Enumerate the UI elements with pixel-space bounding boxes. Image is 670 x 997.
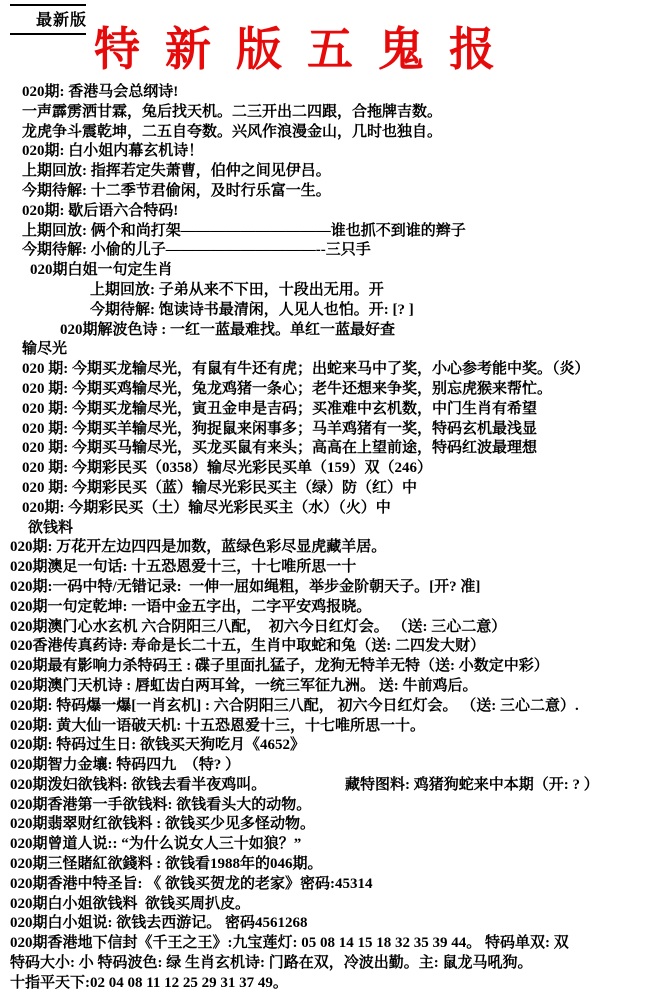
text-line: 020期:一码中特/无错记录: 一伸一屈如绳粗，举步金阶朝天子。[开? 准] [0, 578, 670, 598]
line-text: 一声霹雳洒甘霖，兔后找天机。二三开出二四跟，合拖牌吉数。 [22, 104, 442, 120]
text-line: 020期澳足一句话: 十五恐恩爱十三，十七唯所思一十 [0, 558, 670, 578]
text-line: 020期白姐一句定生肖 [0, 261, 670, 281]
text-line: 龙虎争斗震乾坤，二五自夸数。兴风作浪漫金山，几时也独自。 [0, 123, 670, 143]
line-text: 020期: 特码过生日: 欲钱买天狗吃月《4652》 [10, 737, 305, 753]
text-line: 020 期: 今期彩民买（0358）输尽光彩民买单（159）双（246） [0, 459, 670, 479]
edition-rule-bottom [10, 33, 86, 35]
text-line: 上期回放: 俩个和尚打架——————————谁也抓不到谁的辫子 [0, 222, 670, 242]
text-line: 一声霹雳洒甘霖，兔后找天机。二三开出二四跟，合拖牌吉数。 [0, 103, 670, 123]
line-text: 020期: 歇后语六合特码! [22, 203, 178, 219]
text-line: 020期智力金壤: 特码四九 （特? ） [0, 756, 670, 776]
text-line: 欲钱料 [0, 519, 670, 539]
line-text: 020期香港第一手欲钱料: 欲钱看头大的动物。 [10, 797, 311, 813]
line-text: 020期白小姐欲钱料 欲钱买周扒皮。 [10, 896, 250, 912]
line-text: 020期一句定乾坤: 一语中金五字出，二字平安鸡报晓。 [10, 599, 371, 615]
text-line: 020期: 今期彩民买（土）输尽光彩民买主（水）（火）中 [0, 499, 670, 519]
line-text: 020期: 白小姐内幕玄机诗！ [22, 143, 203, 159]
text-line: 020期一句定乾坤: 一语中金五字出，二字平安鸡报晓。 [0, 598, 670, 618]
line-text: 输尽光 [22, 341, 67, 357]
text-line: 今期待解: 十二季节君偷闲，及时行乐富一生。 [0, 182, 670, 202]
line-text: 020期: 香港马会总纲诗! [22, 84, 178, 100]
line-text: 020期: 黄大仙一语破天机: 十五恐恩爱十三，十七唯所思一十。 [10, 718, 425, 734]
text-line: 020期: 白小姐内幕玄机诗！ [0, 142, 670, 162]
body-lines: 020期: 香港马会总纲诗!一声霹雳洒甘霖，兔后找天机。二三开出二四跟，合拖牌吉… [0, 83, 670, 994]
line-text: 十指平天下:02 04 08 11 12 25 29 31 37 49。 [10, 975, 288, 991]
line-text: 上期回放: 指挥若定失萧曹，伯仲之间见伊吕。 [22, 163, 331, 179]
text-line: 020期: 歇后语六合特码! [0, 202, 670, 222]
line-text: 020期澳足一句话: 十五恐恩爱十三，十七唯所思一十 [10, 559, 356, 575]
line-text: 020期白小姐说: 欲钱去西游记。 密码4561268 [10, 915, 308, 931]
text-line: 020 期: 今期买龙输尽光，有鼠有牛还有虎；出蛇来马中了奖，小心参考能中奖。（… [0, 360, 670, 380]
line-text: 今期待解: 十二季节君偷闲，及时行乐富一生。 [22, 183, 331, 199]
text-line: 020期白小姐说: 欲钱去西游记。 密码4561268 [0, 914, 670, 934]
text-line: 020期香港地下信封《千王之王》:九宝莲灯: 05 08 14 15 18 32… [0, 934, 670, 954]
line-text: 020期: 万花开左边四四是加数，蓝绿色彩尽显虎藏羊居。 [10, 539, 386, 555]
line-text: 020期澳门心水玄机 六合阴阳三八配， 初六今日红灯会。 （送: 三心二意） [10, 619, 506, 635]
text-line: 020期香港中特圣旨: 《 欲钱买贺龙的老家》密码:45314 [0, 875, 670, 895]
line-text: 020期三怪賭紅欲錢料 : 欲钱看1988年的046期。 [10, 856, 323, 872]
text-line: 020期最有影响力杀特码王 : 碟子里面扎猛子，龙狗无特羊无特（送: 小数定中彩… [0, 657, 670, 677]
text-line: 020期白小姐欲钱料 欲钱买周扒皮。 [0, 895, 670, 915]
text-line: 020期: 万花开左边四四是加数，蓝绿色彩尽显虎藏羊居。 [0, 538, 670, 558]
text-line: 特码大小: 小 特码波色: 绿 生肖玄机诗: 门路在双，冷波出勤。主: 鼠龙马吼… [0, 954, 670, 974]
text-line: 020期: 黄大仙一语破天机: 十五恐恩爱十三，十七唯所思一十。 [0, 717, 670, 737]
text-line: 020期三怪賭紅欲錢料 : 欲钱看1988年的046期。 [0, 855, 670, 875]
text-line: 020期翡翠财红欲钱料 : 欲钱买少见多怪动物。 [0, 815, 670, 835]
text-line: 020期: 特码过生日: 欲钱买天狗吃月《4652》 [0, 736, 670, 756]
line-text: 020期最有影响力杀特码王 : 碟子里面扎猛子，龙狗无特羊无特（送: 小数定中彩… [10, 658, 549, 674]
line-text: 欲钱料 [28, 520, 73, 536]
text-line: 020期澳门天机诗 : 唇虹齿白两耳耸，一统三军征九洲。 送: 牛前鸡后。 [0, 677, 670, 697]
line-text: 020期香港地下信封《千王之王》:九宝莲灯: 05 08 14 15 18 32… [10, 935, 569, 951]
text-line: 今期待解: 小偷的儿子——————————--三只手 [0, 241, 670, 261]
edition-label: 最新版 [36, 7, 87, 30]
text-line: 020 期: 今期买龙输尽光，寅丑金申是吉码；买准难中玄机数，中门生肖有希望 [0, 400, 670, 420]
text-line: 020期泼妇欲钱料: 欲钱去看半夜鸡叫。藏特图料: 鸡猪狗蛇来中本期（开: ? … [0, 776, 670, 796]
line-text: 020期澳门天机诗 : 唇虹齿白两耳耸，一统三军征九洲。 送: 牛前鸡后。 [10, 678, 478, 694]
line-text: 020 期: 今期买龙输尽光，寅丑金申是吉码；买准难中玄机数，中门生肖有希望 [22, 401, 537, 417]
text-line: 上期回放: 子弟从来不下田，十段出无用。开 [0, 281, 670, 301]
text-line: 十指平天下:02 04 08 11 12 25 29 31 37 49。 [0, 974, 670, 994]
line-text: 020 期: 今期买龙输尽光，有鼠有牛还有虎；出蛇来马中了奖，小心参考能中奖。（… [22, 361, 590, 377]
page-header: 最新版 [0, 0, 670, 44]
line-text: 020期白姐一句定生肖 [30, 262, 173, 278]
text-line: 020期澳门心水玄机 六合阴阳三八配， 初六今日红灯会。 （送: 三心二意） [0, 618, 670, 638]
line-text: 020 期: 今期买马输尽光，买龙买鼠有来头；高高在上望前途，特码红波最理想 [22, 440, 537, 456]
edition-rule-top [10, 4, 86, 6]
text-line: 020 期: 今期买羊输尽光，狗捉鼠来闲事多；马羊鸡猪有一奖，特码玄机最浅显 [0, 420, 670, 440]
line-text: 020期香港中特圣旨: 《 欲钱买贺龙的老家》密码:45314 [10, 876, 373, 892]
line-text: 020期曾道人说:: “为什么说女人三十如狼？” [10, 836, 301, 852]
line-text: 020 期: 今期买羊输尽光，狗捉鼠来闲事多；马羊鸡猪有一奖，特码玄机最浅显 [22, 421, 537, 437]
line-text: 020 期: 今期彩民买（蓝）输尽光彩民买主（绿）防（红）中 [22, 480, 417, 496]
line-text: 上期回放: 俩个和尚打架——————————谁也抓不到谁的辫子 [22, 223, 466, 239]
text-line: 020期香港第一手欲钱料: 欲钱看头大的动物。 [0, 796, 670, 816]
text-line: 020 期: 今期买马输尽光，买龙买鼠有来头；高高在上望前途，特码红波最理想 [0, 439, 670, 459]
text-line: 020 期: 今期买鸡输尽光，兔龙鸡猪一条心；老牛还想来争奖，别忘虎猴来帮忙。 [0, 380, 670, 400]
line-text: 020期智力金壤: 特码四九 （特? ） [10, 757, 240, 773]
line-text: 020期:一码中特/无错记录: 一伸一屈如绳粗，举步金阶朝天子。[开? 准] [10, 579, 480, 595]
line-text: 020期翡翠财红欲钱料 : 欲钱买少见多怪动物。 [10, 816, 315, 832]
line-text: 020期解波色诗 : 一红一蓝最难找。单红一蓝最好查 [60, 322, 395, 338]
line-text: 今期待解: 饱读诗书最清闲，人见人也怕。开: [? ] [90, 302, 414, 318]
line-text: 020 期: 今期彩民买（0358）输尽光彩民买单（159）双（246） [22, 460, 432, 476]
line-text: 020香港传真药诗: 寿命是长二十五，生肖中取蛇和兔（送: 二四发大财） [10, 638, 485, 654]
line-text: 020期泼妇欲钱料: 欲钱去看半夜鸡叫。 [10, 777, 266, 793]
line-text: 020 期: 今期买鸡输尽光，兔龙鸡猪一条心；老牛还想来争奖，别忘虎猴来帮忙。 [22, 381, 552, 397]
text-line: 020香港传真药诗: 寿命是长二十五，生肖中取蛇和兔（送: 二四发大财） [0, 637, 670, 657]
text-line: 上期回放: 指挥若定失萧曹，伯仲之间见伊吕。 [0, 162, 670, 182]
line-text-right: 藏特图料: 鸡猪狗蛇来中本期（开: ? ） [345, 776, 599, 796]
text-line: 020期: 特码爆一爆[一肖玄机] : 六合阴阳三八配， 初六今日红灯会。 （送… [0, 697, 670, 717]
line-text: 龙虎争斗震乾坤，二五自夸数。兴风作浪漫金山，几时也独自。 [22, 124, 442, 140]
line-text: 020期: 今期彩民买（土）输尽光彩民买主（水）（火）中 [22, 500, 391, 516]
line-text: 今期待解: 小偷的儿子——————————--三只手 [22, 242, 371, 258]
text-line: 020期: 香港马会总纲诗! [0, 83, 670, 103]
text-line: 020期解波色诗 : 一红一蓝最难找。单红一蓝最好查 [0, 321, 670, 341]
line-text: 特码大小: 小 特码波色: 绿 生肖玄机诗: 门路在双，冷波出勤。主: 鼠龙马吼… [10, 955, 532, 971]
text-line: 020期曾道人说:: “为什么说女人三十如狼？” [0, 835, 670, 855]
text-line: 020 期: 今期彩民买（蓝）输尽光彩民买主（绿）防（红）中 [0, 479, 670, 499]
line-text: 020期: 特码爆一爆[一肖玄机] : 六合阴阳三八配， 初六今日红灯会。 （送… [10, 698, 579, 714]
line-text: 上期回放: 子弟从来不下田，十段出无用。开 [90, 282, 384, 298]
text-line: 今期待解: 饱读诗书最清闲，人见人也怕。开: [? ] [0, 301, 670, 321]
text-line: 输尽光 [0, 340, 670, 360]
